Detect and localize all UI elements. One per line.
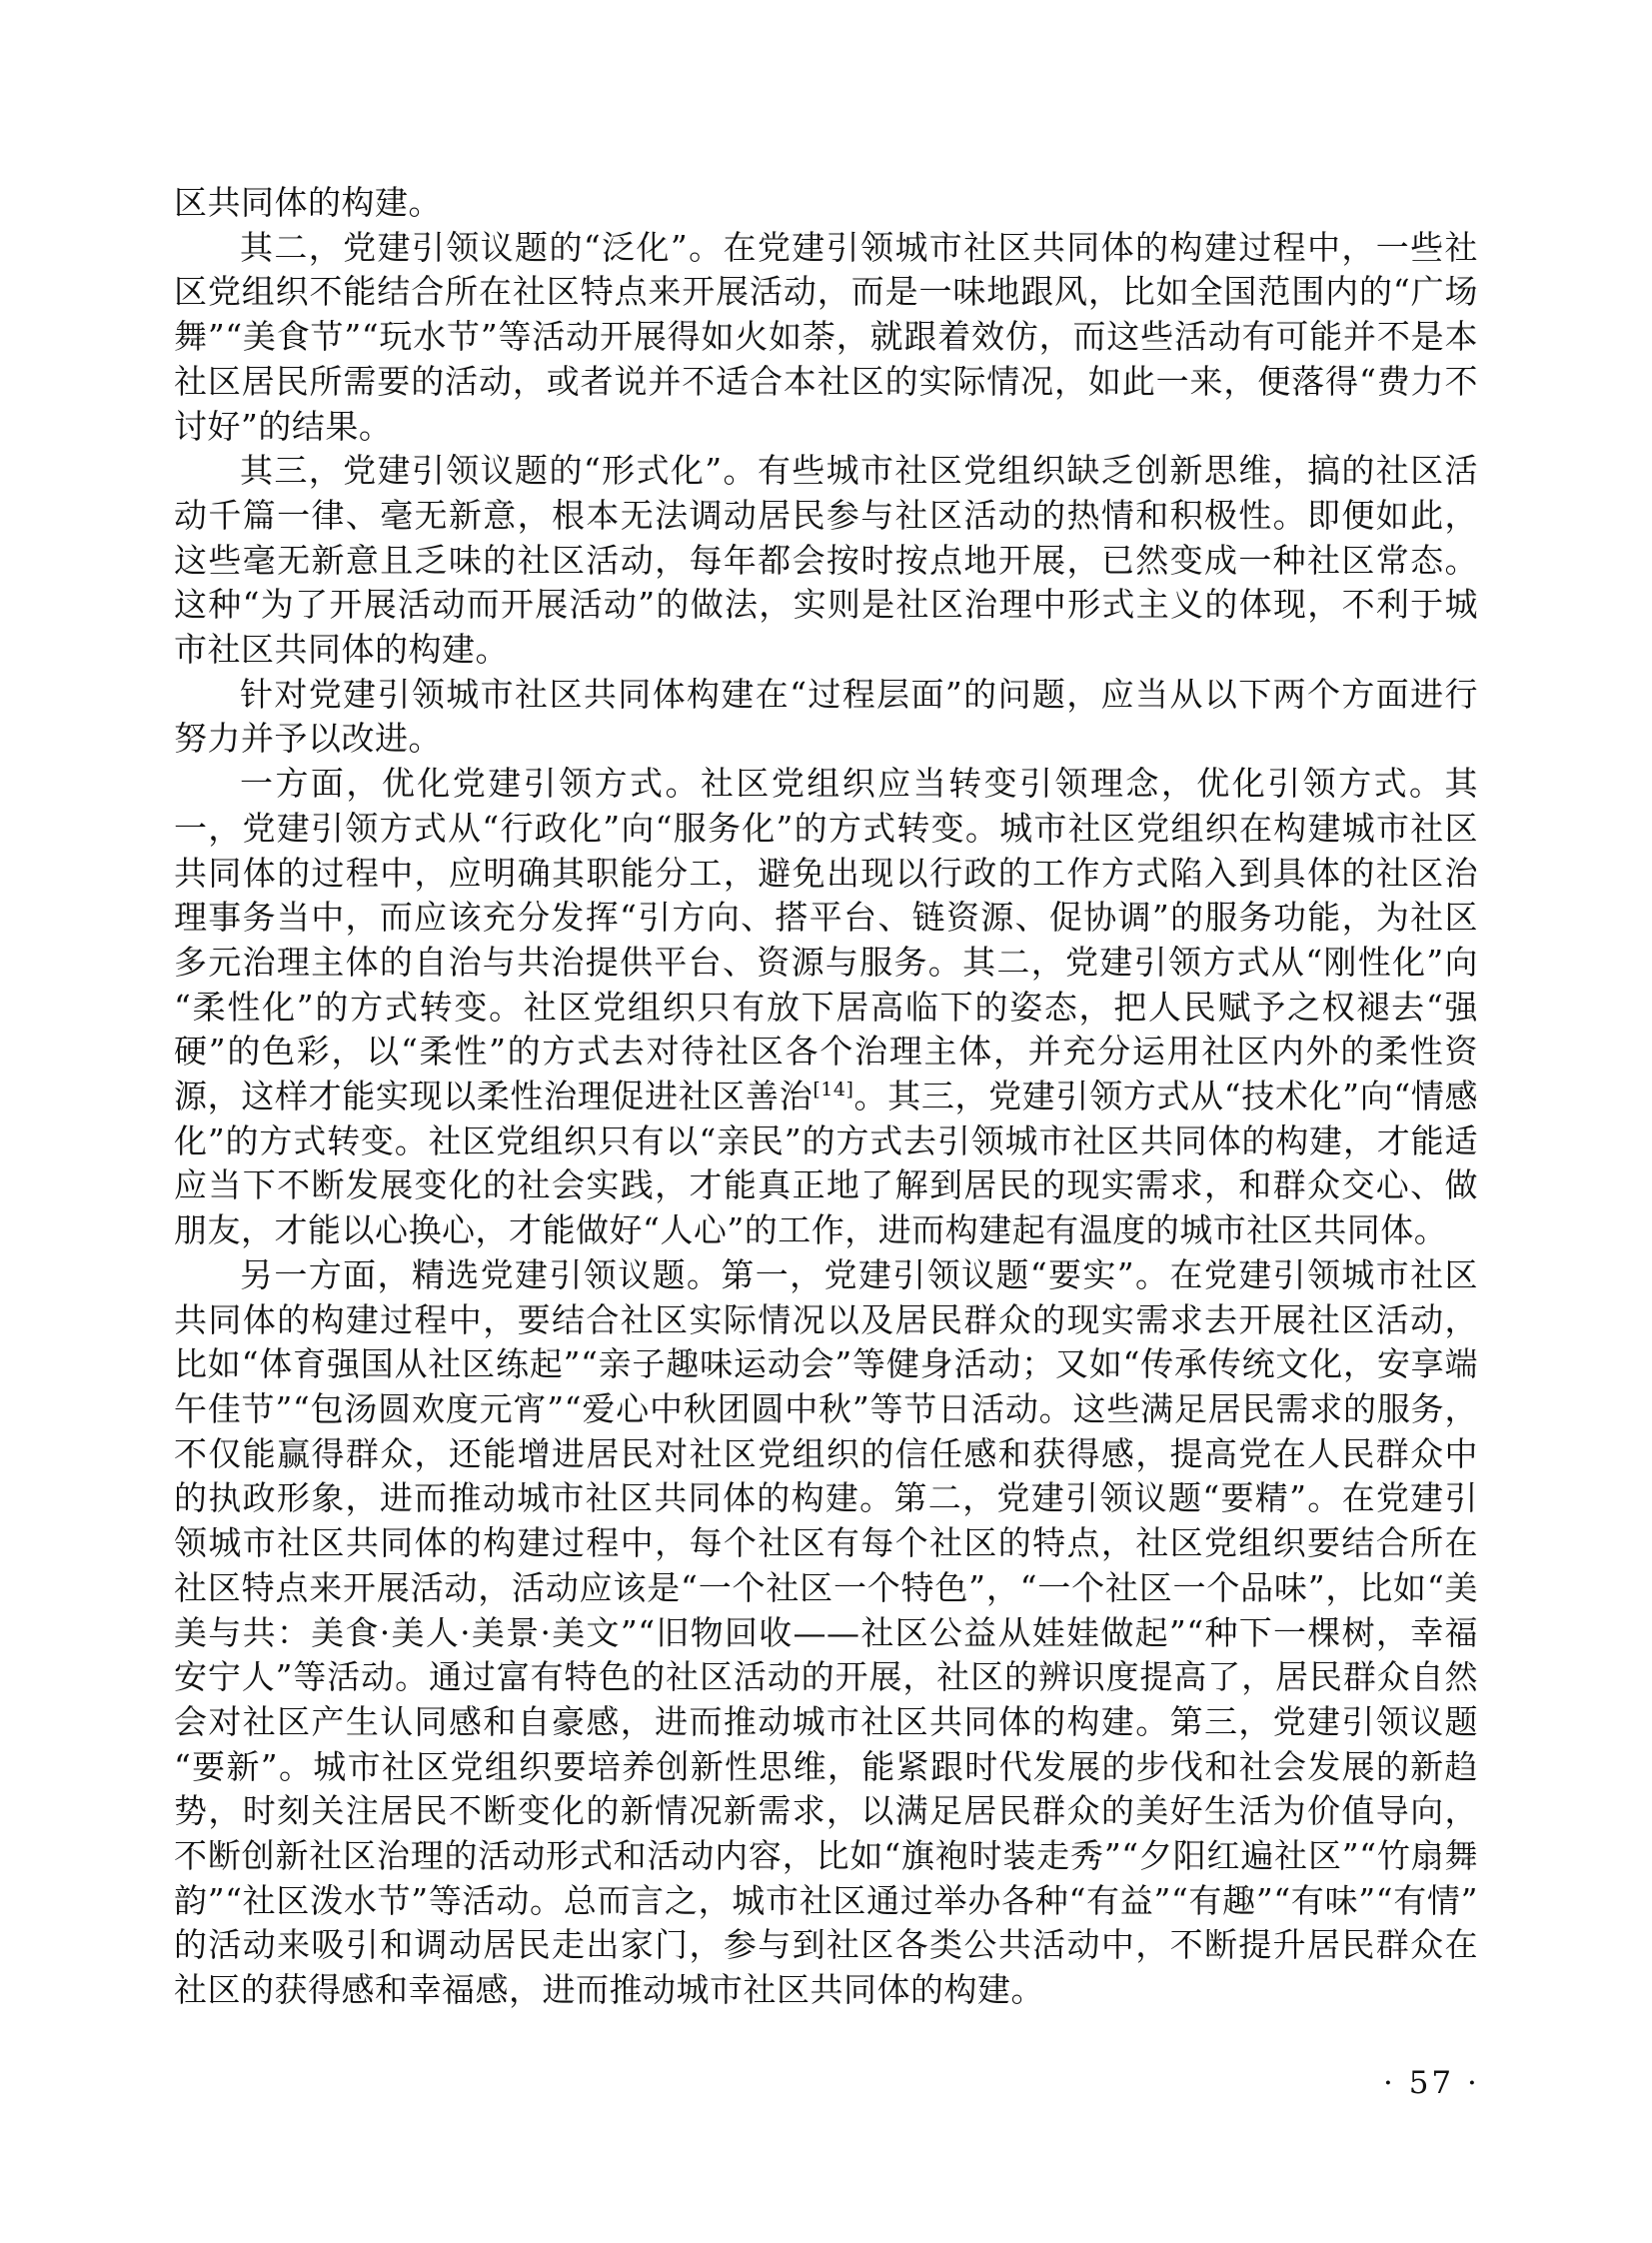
text-segment: 其二，党建引领议题的“泛化”。在党建引领城市社区共同体的构建过程中，一些社区党组… xyxy=(174,228,1478,446)
text-segment: 区共同体的构建。 xyxy=(174,183,442,222)
paragraph: 一方面，优化党建引领方式。社区党组织应当转变引领理念，优化引领方式。其一，党建引… xyxy=(174,762,1478,1253)
text-segment: 其三，党建引领议题的“形式化”。有些城市社区党组织缺乏创新思维，搞的社区活动千篇… xyxy=(174,451,1478,669)
document-page: 区共同体的构建。其二，党建引领议题的“泛化”。在党建引领城市社区共同体的构建过程… xyxy=(0,0,1652,2243)
citation-ref: [14] xyxy=(813,1079,853,1101)
paragraph: 其二，党建引领议题的“泛化”。在党建引领城市社区共同体的构建过程中，一些社区党组… xyxy=(174,226,1478,450)
text-segment: 针对党建引领城市社区共同体构建在“过程层面”的问题，应当从以下两个方面进行努力并… xyxy=(174,675,1478,759)
paragraph: 针对党建引领城市社区共同体构建在“过程层面”的问题，应当从以下两个方面进行努力并… xyxy=(174,673,1478,762)
text-segment: 另一方面，精选党建引领议题。第一，党建引领议题“要实”。在党建引领城市社区共同体… xyxy=(174,1255,1478,2009)
paragraph: 区共同体的构建。 xyxy=(174,181,1478,226)
text-segment: 一方面，优化党建引领方式。社区党组织应当转变引领理念，优化引领方式。其一，党建引… xyxy=(174,764,1478,1116)
paragraph: 其三，党建引领议题的“形式化”。有些城市社区党组织缺乏创新思维，搞的社区活动千篇… xyxy=(174,449,1478,673)
article-body: 区共同体的构建。其二，党建引领议题的“泛化”。在党建引领城市社区共同体的构建过程… xyxy=(174,181,1478,2013)
paragraph: 另一方面，精选党建引领议题。第一，党建引领议题“要实”。在党建引领城市社区共同体… xyxy=(174,1253,1478,2013)
page-number: · 57 · xyxy=(1383,2065,1480,2101)
